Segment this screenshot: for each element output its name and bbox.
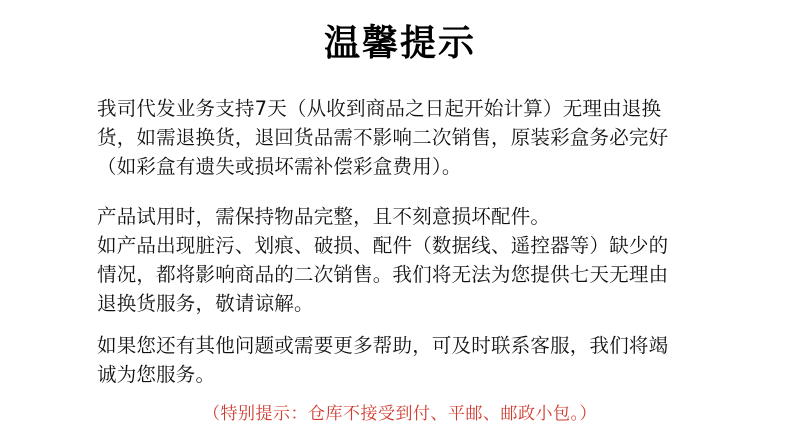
contact-paragraph: 如果您还有其他问题或需要更多帮助，可及时联系客服，我们将竭 诚为您服务。	[97, 331, 717, 389]
page-title: 温馨提示	[0, 18, 800, 70]
return-policy-paragraph: 我司代发业务支持7天（从收到商品之日起开始计算）无理由退换 货，如需退换货，退回…	[97, 94, 717, 181]
text-line: 产品试用时，需保持物品完整，且不刻意损坏配件。	[97, 202, 717, 231]
product-condition-paragraph: 产品试用时，需保持物品完整，且不刻意损坏配件。 如产品出现脏污、划痕、破损、配件…	[97, 202, 717, 318]
text-line: 我司代发业务支持7天（从收到商品之日起开始计算）无理由退换	[97, 94, 717, 123]
text-line: （如彩盒有遗失或损坏需补偿彩盒费用）。	[97, 152, 717, 181]
text-line: 情况，都将影响商品的二次销售。我们将无法为您提供七天无理由	[97, 260, 717, 289]
text-line: 如果您还有其他问题或需要更多帮助，可及时联系客服，我们将竭	[97, 331, 717, 360]
text-line: 退换货服务，敬请谅解。	[97, 289, 717, 318]
text-line: 如产品出现脏污、划痕、破损、配件（数据线、遥控器等）缺少的	[97, 231, 717, 260]
text-line: 货，如需退换货，退回货品需不影响二次销售，原装彩盒务必完好	[97, 123, 717, 152]
text-line: 诚为您服务。	[97, 360, 717, 389]
special-note: （特别提示：仓库不接受到付、平邮、邮政小包。）	[0, 401, 800, 427]
